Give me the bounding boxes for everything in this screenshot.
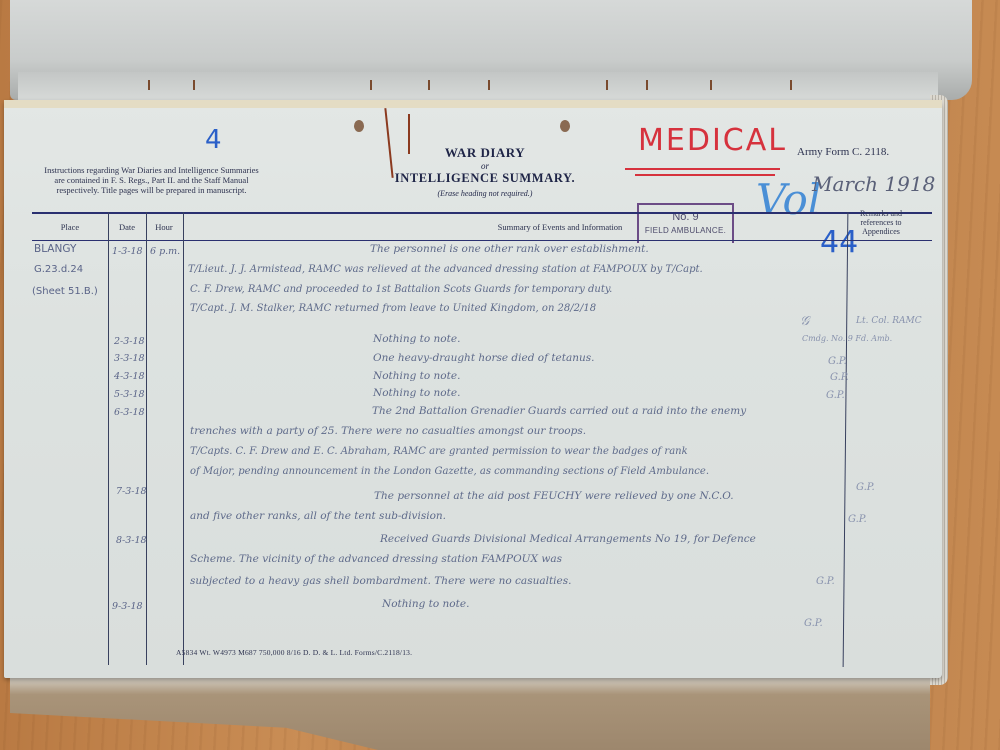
entry-date: 6-3-18 xyxy=(114,407,145,418)
title-war-diary: WAR DIARY xyxy=(370,145,600,161)
form-instructions: Instructions regarding War Diaries and I… xyxy=(44,165,259,195)
entry-text: The 2nd Battalion Grenadier Guards carri… xyxy=(372,405,746,417)
entry-date: 9-3-18 xyxy=(112,601,143,612)
place-name: BLANGY xyxy=(34,243,76,255)
entry-text: One heavy-draught horse died of tetanus. xyxy=(373,352,594,364)
entry-text: T/Capts. C. F. Drew and E. C. Abraham, R… xyxy=(190,446,688,457)
punch-hole xyxy=(560,120,570,132)
entry-text: C. F. Drew, RAMC and proceeded to 1st Ba… xyxy=(190,284,612,295)
entry-text: T/Lieut. J. J. Armistead, RAMC was relie… xyxy=(188,264,703,275)
column-header-hour: Hour xyxy=(148,222,180,232)
entry-date: 3-3-18 xyxy=(114,353,145,364)
initials: G.P. xyxy=(816,576,835,587)
category-underline xyxy=(635,174,775,176)
commander-signature: 𝒢 xyxy=(800,314,809,329)
entry-text: subjected to a heavy gas shell bombardme… xyxy=(190,575,571,587)
entry-text: trenches with a party of 25. There were … xyxy=(190,425,586,437)
entry-text: Scheme. The vicinity of the advanced dre… xyxy=(190,553,562,565)
entry-text: Nothing to note. xyxy=(373,387,460,399)
entry-text: of Major, pending announcement in the Lo… xyxy=(190,466,709,477)
punch-hole xyxy=(354,120,364,132)
column-divider xyxy=(183,212,184,665)
initials: G.P. xyxy=(830,372,849,383)
column-header-place: Place xyxy=(40,222,100,232)
entry-date: 2-3-18 xyxy=(114,336,145,347)
form-title: WAR DIARY or INTELLIGENCE SUMMARY. (Eras… xyxy=(370,145,600,198)
entry-text: Received Guards Divisional Medical Arran… xyxy=(380,533,756,545)
army-form-number: Army Form C. 2118. xyxy=(797,146,889,158)
entry-date: 1-3-18 xyxy=(112,246,143,257)
entry-date: 7-3-18 xyxy=(116,486,147,497)
place-grid-ref: G.23.d.24 xyxy=(34,264,83,275)
category-annotation: MEDICAL xyxy=(638,123,787,158)
column-header-date: Date xyxy=(110,222,144,232)
column-divider xyxy=(146,212,147,665)
entry-text: The personnel is one other rank over est… xyxy=(370,243,649,255)
entry-text: Nothing to note. xyxy=(373,333,460,345)
column-header-summary: Summary of Events and Information xyxy=(430,222,690,232)
binding-spine xyxy=(18,72,938,102)
header-rule-bottom xyxy=(32,240,932,241)
entry-date: 4-3-18 xyxy=(114,371,145,382)
initials: G.P. xyxy=(856,482,875,493)
page-number-annotation: 4 xyxy=(205,125,222,155)
initials: G.P. xyxy=(828,356,847,367)
entry-text: T/Capt. J. M. Stalker, RAMC returned fro… xyxy=(190,303,596,314)
entry-hour: 6 p.m. xyxy=(150,246,180,257)
entry-date: 5-3-18 xyxy=(114,389,145,400)
column-divider xyxy=(108,212,109,665)
title-or: or xyxy=(370,161,600,171)
signature-unit: Cmdg. No. 9 Fd. Amb. xyxy=(802,334,892,343)
entry-text: The personnel at the aid post FEUCHY wer… xyxy=(374,490,734,502)
place-sheet: (Sheet 51.B.) xyxy=(32,286,98,297)
entry-date: 8-3-18 xyxy=(116,535,147,546)
month-year: March 1918 xyxy=(812,172,935,196)
erase-note: (Erase heading not required.) xyxy=(370,189,600,198)
entry-text: and five other ranks, all of the tent su… xyxy=(190,510,446,522)
initials: G.P. xyxy=(804,618,823,629)
entry-text: Nothing to note. xyxy=(382,598,469,610)
signature-rank: Lt. Col. RAMC xyxy=(856,316,922,326)
binding-strip xyxy=(4,100,942,108)
category-underline xyxy=(625,168,780,170)
header-rule-top xyxy=(32,212,932,214)
column-header-remarks: Remarks and references to Appendices xyxy=(846,209,916,236)
title-intelligence-summary: INTELLIGENCE SUMMARY. xyxy=(370,171,600,186)
initials: G.P. xyxy=(826,390,845,401)
initials: G.P. xyxy=(848,514,867,525)
entry-text: Nothing to note. xyxy=(373,370,460,382)
form-print-code: A5834 Wt. W4973 M687 750,000 8/16 D. D. … xyxy=(176,648,412,657)
